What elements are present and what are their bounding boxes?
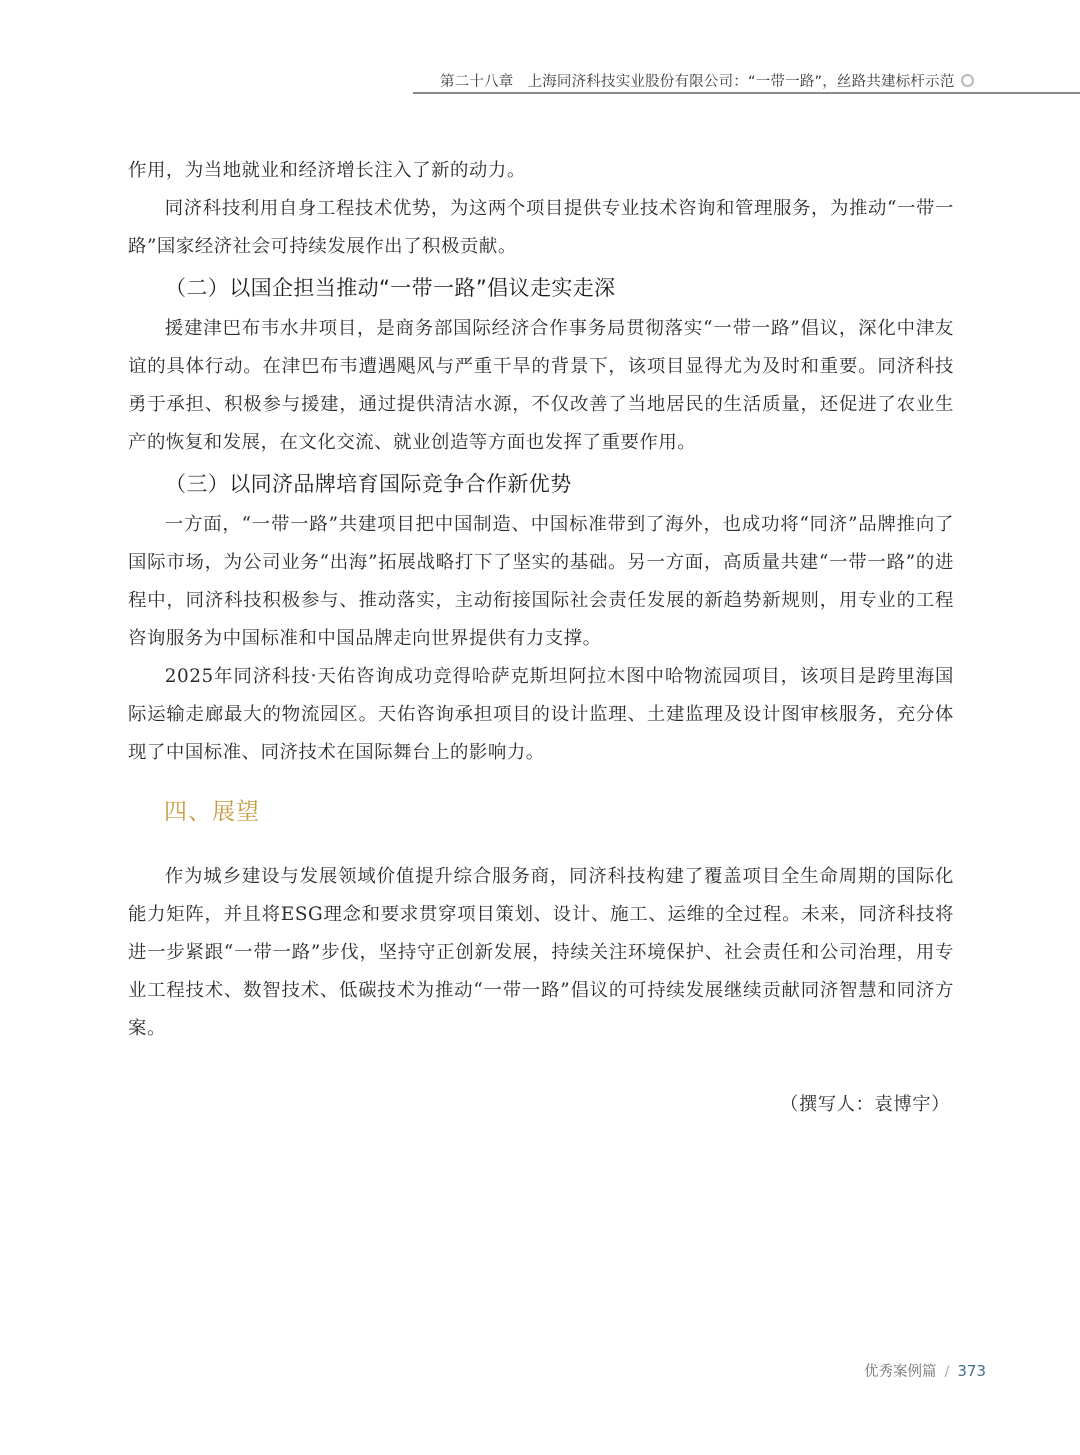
paragraph: 2025年同济科技·天佑咨询成功竞得哈萨克斯坦阿拉木图中哈物流园项目，该项目是跨… (128, 658, 954, 772)
paragraph: 同济科技利用自身工程技术优势，为这两个项目提供专业技术咨询和管理服务，为推动“一… (128, 190, 954, 266)
chapter-title: 上海同济科技实业股份有限公司：“一带一路”，丝路共建标杆示范 (528, 74, 955, 90)
section-heading-outlook: 四、展望 (128, 792, 954, 832)
subheading-2: （二）以国企担当推动“一带一路”倡议走实走深 (128, 268, 954, 308)
footer-separator: / (945, 1364, 950, 1380)
page-number: 373 (957, 1362, 986, 1380)
subheading-3: （三）以同济品牌培育国际竞争合作新优势 (128, 464, 954, 504)
circle-ornament-icon (961, 74, 974, 87)
paragraph: 作为城乡建设与发展领域价值提升综合服务商，同济科技构建了覆盖项目全生命周期的国际… (128, 858, 954, 1048)
paragraph: 一方面，“一带一路”共建项目把中国制造、中国标准带到了海外，也成功将“同济”品牌… (128, 506, 954, 658)
footer-section-label: 优秀案例篇 (864, 1364, 937, 1380)
page-footer: 优秀案例篇/373 (864, 1360, 986, 1381)
paragraph: 援建津巴布韦水井项目，是商务部国际经济合作事务局贯彻落实“一带一路”倡议，深化中… (128, 310, 954, 462)
page-content: 作用，为当地就业和经济增长注入了新的动力。 同济科技利用自身工程技术优势，为这两… (128, 152, 954, 1124)
paragraph-continuation: 作用，为当地就业和经济增长注入了新的动力。 (128, 152, 954, 190)
chapter-label: 第二十八章 (440, 74, 514, 90)
author-credit: （撰写人：袁博宇） (128, 1086, 954, 1124)
header-rule (413, 92, 1080, 94)
running-header: 第二十八章上海同济科技实业股份有限公司：“一带一路”，丝路共建标杆示范 (440, 70, 974, 91)
